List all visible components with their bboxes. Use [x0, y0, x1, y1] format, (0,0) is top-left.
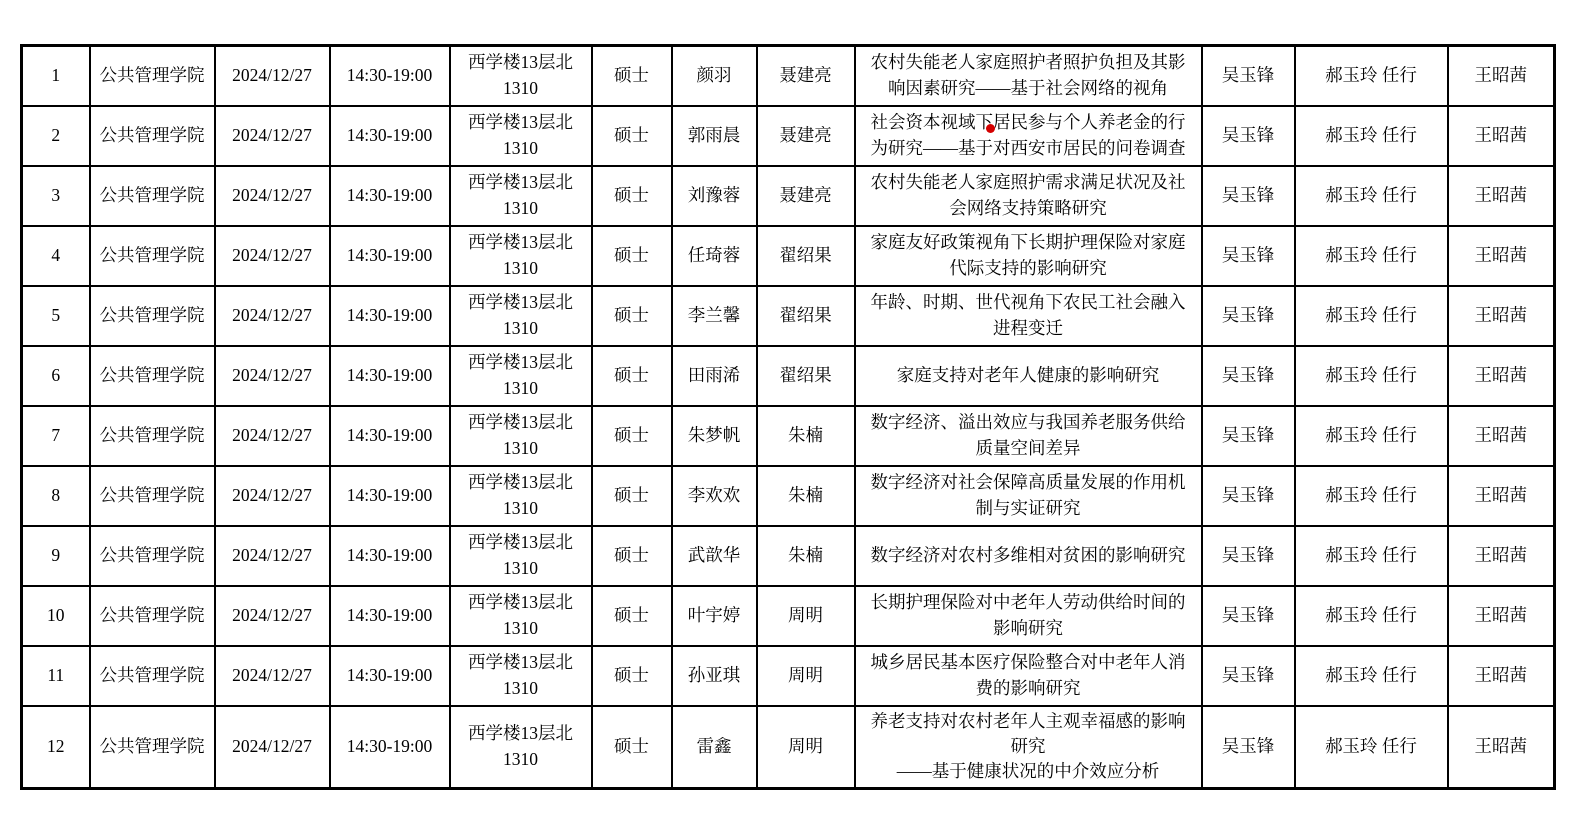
cell-committee-members: 郝玉玲 任行 [1295, 286, 1448, 346]
cell-secretary: 王昭茜 [1448, 646, 1555, 706]
cell-committee-members: 郝玉玲 任行 [1295, 526, 1448, 586]
cell-committee-members: 郝玉玲 任行 [1295, 406, 1448, 466]
cell-row-number: 9 [22, 526, 90, 586]
cell-college: 公共管理学院 [90, 226, 215, 286]
thesis-defense-schedule-table: 1 公共管理学院 2024/12/27 14:30-19:00 西学楼13层北1… [20, 44, 1556, 790]
cell-advisor-name: 翟绍果 [757, 346, 855, 406]
cell-student-name: 叶宇婷 [672, 586, 757, 646]
cell-committee-members: 郝玉玲 任行 [1295, 586, 1448, 646]
cell-time: 14:30-19:00 [330, 586, 450, 646]
cell-secretary: 王昭茜 [1448, 166, 1555, 226]
cell-college: 公共管理学院 [90, 586, 215, 646]
cell-committee-chair: 吴玉锋 [1202, 406, 1295, 466]
cell-advisor-name: 朱楠 [757, 466, 855, 526]
cell-student-name: 任琦蓉 [672, 226, 757, 286]
cell-committee-chair: 吴玉锋 [1202, 226, 1295, 286]
cell-college: 公共管理学院 [90, 286, 215, 346]
cell-committee-chair: 吴玉锋 [1202, 466, 1295, 526]
cell-location: 西学楼13层北1310 [450, 166, 592, 226]
cell-date: 2024/12/27 [215, 586, 330, 646]
cell-row-number: 12 [22, 706, 90, 789]
cell-row-number: 10 [22, 586, 90, 646]
cell-committee-chair: 吴玉锋 [1202, 286, 1295, 346]
cell-committee-chair: 吴玉锋 [1202, 646, 1295, 706]
cell-student-name: 刘豫蓉 [672, 166, 757, 226]
cell-degree: 硕士 [592, 706, 672, 789]
cell-date: 2024/12/27 [215, 526, 330, 586]
cell-date: 2024/12/27 [215, 46, 330, 106]
cell-college: 公共管理学院 [90, 166, 215, 226]
cell-location: 西学楼13层北1310 [450, 646, 592, 706]
cell-time: 14:30-19:00 [330, 166, 450, 226]
cell-committee-members: 郝玉玲 任行 [1295, 346, 1448, 406]
cell-thesis-title: 家庭支持对老年人健康的影响研究 [855, 346, 1202, 406]
cell-student-name: 郭雨晨 [672, 106, 757, 166]
cell-student-name: 孙亚琪 [672, 646, 757, 706]
table-row: 8 公共管理学院 2024/12/27 14:30-19:00 西学楼13层北1… [22, 466, 1555, 526]
cell-degree: 硕士 [592, 466, 672, 526]
cell-student-name: 雷鑫 [672, 706, 757, 789]
table-row: 2 公共管理学院 2024/12/27 14:30-19:00 西学楼13层北1… [22, 106, 1555, 166]
cell-time: 14:30-19:00 [330, 346, 450, 406]
cell-thesis-title: 数字经济对农村多维相对贫困的影响研究 [855, 526, 1202, 586]
cell-row-number: 6 [22, 346, 90, 406]
cell-row-number: 7 [22, 406, 90, 466]
table-row: 9 公共管理学院 2024/12/27 14:30-19:00 西学楼13层北1… [22, 526, 1555, 586]
cell-degree: 硕士 [592, 46, 672, 106]
cell-location: 西学楼13层北1310 [450, 706, 592, 789]
cell-row-number: 4 [22, 226, 90, 286]
cell-thesis-title: 农村失能老人家庭照护需求满足状况及社会网络支持策略研究 [855, 166, 1202, 226]
cell-thesis-title: 城乡居民基本医疗保险整合对中老年人消费的影响研究 [855, 646, 1202, 706]
cell-committee-members: 郝玉玲 任行 [1295, 106, 1448, 166]
cell-location: 西学楼13层北1310 [450, 286, 592, 346]
table-row: 12 公共管理学院 2024/12/27 14:30-19:00 西学楼13层北… [22, 706, 1555, 789]
cell-time: 14:30-19:00 [330, 286, 450, 346]
cell-committee-chair: 吴玉锋 [1202, 46, 1295, 106]
cell-advisor-name: 周明 [757, 646, 855, 706]
cell-degree: 硕士 [592, 526, 672, 586]
cell-thesis-title: 数字经济、溢出效应与我国养老服务供给质量空间差异 [855, 406, 1202, 466]
cell-date: 2024/12/27 [215, 106, 330, 166]
cell-college: 公共管理学院 [90, 106, 215, 166]
cell-thesis-title: 数字经济对社会保障高质量发展的作用机制与实证研究 [855, 466, 1202, 526]
cell-time: 14:30-19:00 [330, 106, 450, 166]
cell-college: 公共管理学院 [90, 466, 215, 526]
cell-location: 西学楼13层北1310 [450, 586, 592, 646]
cell-location: 西学楼13层北1310 [450, 526, 592, 586]
cell-student-name: 李欢欢 [672, 466, 757, 526]
cell-college: 公共管理学院 [90, 406, 215, 466]
cell-row-number: 3 [22, 166, 90, 226]
cell-advisor-name: 聂建亮 [757, 46, 855, 106]
cell-degree: 硕士 [592, 166, 672, 226]
cell-secretary: 王昭茜 [1448, 346, 1555, 406]
cell-advisor-name: 翟绍果 [757, 286, 855, 346]
cell-thesis-title: 社会资本视域下居民参与个人养老金的行为研究——基于对西安市居民的问卷调查 [855, 106, 1202, 166]
table-row: 4 公共管理学院 2024/12/27 14:30-19:00 西学楼13层北1… [22, 226, 1555, 286]
cell-committee-chair: 吴玉锋 [1202, 346, 1295, 406]
cell-advisor-name: 翟绍果 [757, 226, 855, 286]
cell-student-name: 李兰馨 [672, 286, 757, 346]
table-row: 1 公共管理学院 2024/12/27 14:30-19:00 西学楼13层北1… [22, 46, 1555, 106]
cell-committee-chair: 吴玉锋 [1202, 106, 1295, 166]
cell-row-number: 2 [22, 106, 90, 166]
cell-secretary: 王昭茜 [1448, 226, 1555, 286]
cell-secretary: 王昭茜 [1448, 706, 1555, 789]
cell-location: 西学楼13层北1310 [450, 226, 592, 286]
cell-student-name: 田雨浠 [672, 346, 757, 406]
cell-advisor-name: 朱楠 [757, 406, 855, 466]
cell-location: 西学楼13层北1310 [450, 406, 592, 466]
cell-degree: 硕士 [592, 106, 672, 166]
cell-degree: 硕士 [592, 586, 672, 646]
cell-committee-members: 郝玉玲 任行 [1295, 46, 1448, 106]
cell-secretary: 王昭茜 [1448, 46, 1555, 106]
cell-secretary: 王昭茜 [1448, 526, 1555, 586]
cell-thesis-title: 农村失能老人家庭照护者照护负担及其影响因素研究——基于社会网络的视角 [855, 46, 1202, 106]
cell-secretary: 王昭茜 [1448, 466, 1555, 526]
cell-date: 2024/12/27 [215, 466, 330, 526]
cell-time: 14:30-19:00 [330, 46, 450, 106]
cell-committee-chair: 吴玉锋 [1202, 166, 1295, 226]
cell-row-number: 1 [22, 46, 90, 106]
cell-committee-members: 郝玉玲 任行 [1295, 706, 1448, 789]
cell-committee-members: 郝玉玲 任行 [1295, 166, 1448, 226]
cell-advisor-name: 朱楠 [757, 526, 855, 586]
table-row: 6 公共管理学院 2024/12/27 14:30-19:00 西学楼13层北1… [22, 346, 1555, 406]
cell-committee-members: 郝玉玲 任行 [1295, 466, 1448, 526]
table-row: 11 公共管理学院 2024/12/27 14:30-19:00 西学楼13层北… [22, 646, 1555, 706]
cell-row-number: 8 [22, 466, 90, 526]
cell-advisor-name: 聂建亮 [757, 166, 855, 226]
cell-location: 西学楼13层北1310 [450, 46, 592, 106]
cell-committee-chair: 吴玉锋 [1202, 526, 1295, 586]
cell-secretary: 王昭茜 [1448, 286, 1555, 346]
cell-date: 2024/12/27 [215, 706, 330, 789]
cell-thesis-title: 长期护理保险对中老年人劳动供给时间的影响研究 [855, 586, 1202, 646]
cell-time: 14:30-19:00 [330, 226, 450, 286]
table-body: 1 公共管理学院 2024/12/27 14:30-19:00 西学楼13层北1… [22, 46, 1555, 789]
cell-thesis-title: 家庭友好政策视角下长期护理保险对家庭代际支持的影响研究 [855, 226, 1202, 286]
cell-time: 14:30-19:00 [330, 466, 450, 526]
cell-committee-members: 郝玉玲 任行 [1295, 226, 1448, 286]
table-row: 5 公共管理学院 2024/12/27 14:30-19:00 西学楼13层北1… [22, 286, 1555, 346]
cell-secretary: 王昭茜 [1448, 406, 1555, 466]
cell-time: 14:30-19:00 [330, 706, 450, 789]
cell-time: 14:30-19:00 [330, 526, 450, 586]
cell-degree: 硕士 [592, 646, 672, 706]
cell-college: 公共管理学院 [90, 526, 215, 586]
cell-committee-chair: 吴玉锋 [1202, 586, 1295, 646]
cell-advisor-name: 聂建亮 [757, 106, 855, 166]
cell-college: 公共管理学院 [90, 646, 215, 706]
cell-location: 西学楼13层北1310 [450, 466, 592, 526]
cell-date: 2024/12/27 [215, 406, 330, 466]
cell-secretary: 王昭茜 [1448, 586, 1555, 646]
table-row: 7 公共管理学院 2024/12/27 14:30-19:00 西学楼13层北1… [22, 406, 1555, 466]
cell-row-number: 5 [22, 286, 90, 346]
cell-advisor-name: 周明 [757, 706, 855, 789]
cell-thesis-title: 养老支持对农村老年人主观幸福感的影响研究 ——基于健康状况的中介效应分析 [855, 706, 1202, 789]
cell-date: 2024/12/27 [215, 166, 330, 226]
cell-date: 2024/12/27 [215, 226, 330, 286]
cell-degree: 硕士 [592, 226, 672, 286]
cell-student-name: 武歆华 [672, 526, 757, 586]
cell-degree: 硕士 [592, 286, 672, 346]
cell-thesis-title: 年龄、时期、世代视角下农民工社会融入进程变迁 [855, 286, 1202, 346]
cell-location: 西学楼13层北1310 [450, 106, 592, 166]
cell-date: 2024/12/27 [215, 286, 330, 346]
cell-date: 2024/12/27 [215, 646, 330, 706]
cell-time: 14:30-19:00 [330, 406, 450, 466]
cell-college: 公共管理学院 [90, 706, 215, 789]
red-dot-marker [986, 124, 995, 133]
cell-committee-members: 郝玉玲 任行 [1295, 646, 1448, 706]
cell-row-number: 11 [22, 646, 90, 706]
cell-time: 14:30-19:00 [330, 646, 450, 706]
cell-college: 公共管理学院 [90, 46, 215, 106]
cell-committee-chair: 吴玉锋 [1202, 706, 1295, 789]
table-row: 3 公共管理学院 2024/12/27 14:30-19:00 西学楼13层北1… [22, 166, 1555, 226]
cell-date: 2024/12/27 [215, 346, 330, 406]
cell-degree: 硕士 [592, 406, 672, 466]
table-row: 10 公共管理学院 2024/12/27 14:30-19:00 西学楼13层北… [22, 586, 1555, 646]
cell-college: 公共管理学院 [90, 346, 215, 406]
cell-secretary: 王昭茜 [1448, 106, 1555, 166]
cell-student-name: 颜羽 [672, 46, 757, 106]
cell-student-name: 朱梦帆 [672, 406, 757, 466]
cell-degree: 硕士 [592, 346, 672, 406]
cell-advisor-name: 周明 [757, 586, 855, 646]
cell-location: 西学楼13层北1310 [450, 346, 592, 406]
